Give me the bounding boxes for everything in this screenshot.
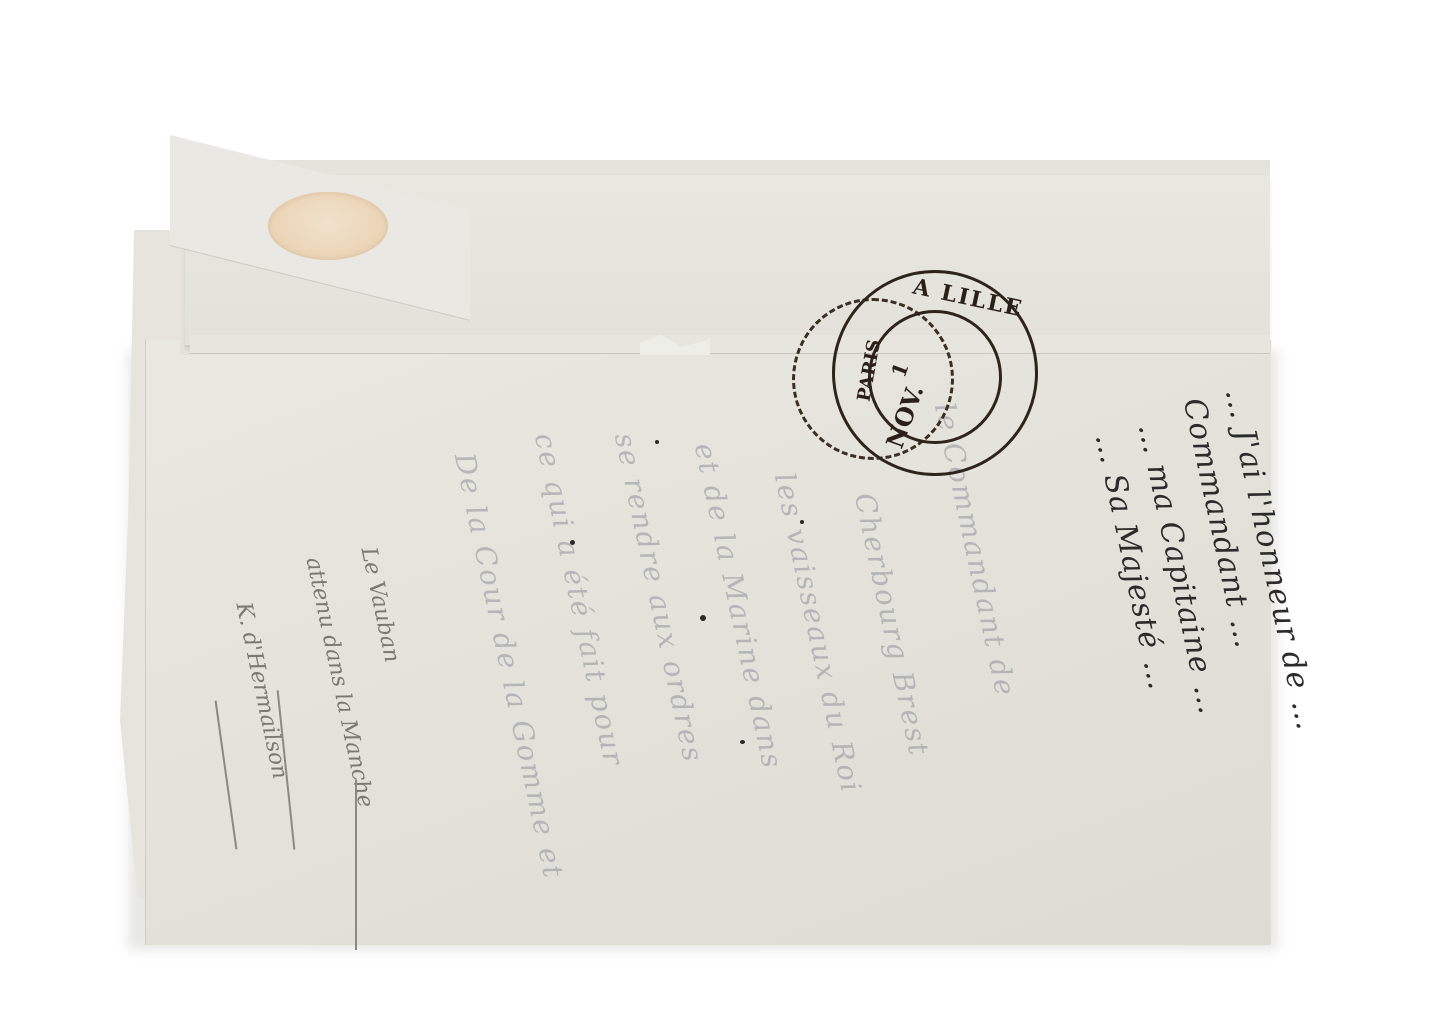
wax-seal [268, 192, 388, 260]
ink-speck [700, 615, 706, 621]
ink-speck [800, 520, 804, 524]
letter-body [145, 340, 1271, 945]
ink-speck [740, 740, 745, 744]
ink-speck [655, 440, 659, 444]
flap-strip [190, 335, 1270, 354]
ink-speck [570, 540, 575, 545]
pencil-margin-line [355, 780, 357, 950]
